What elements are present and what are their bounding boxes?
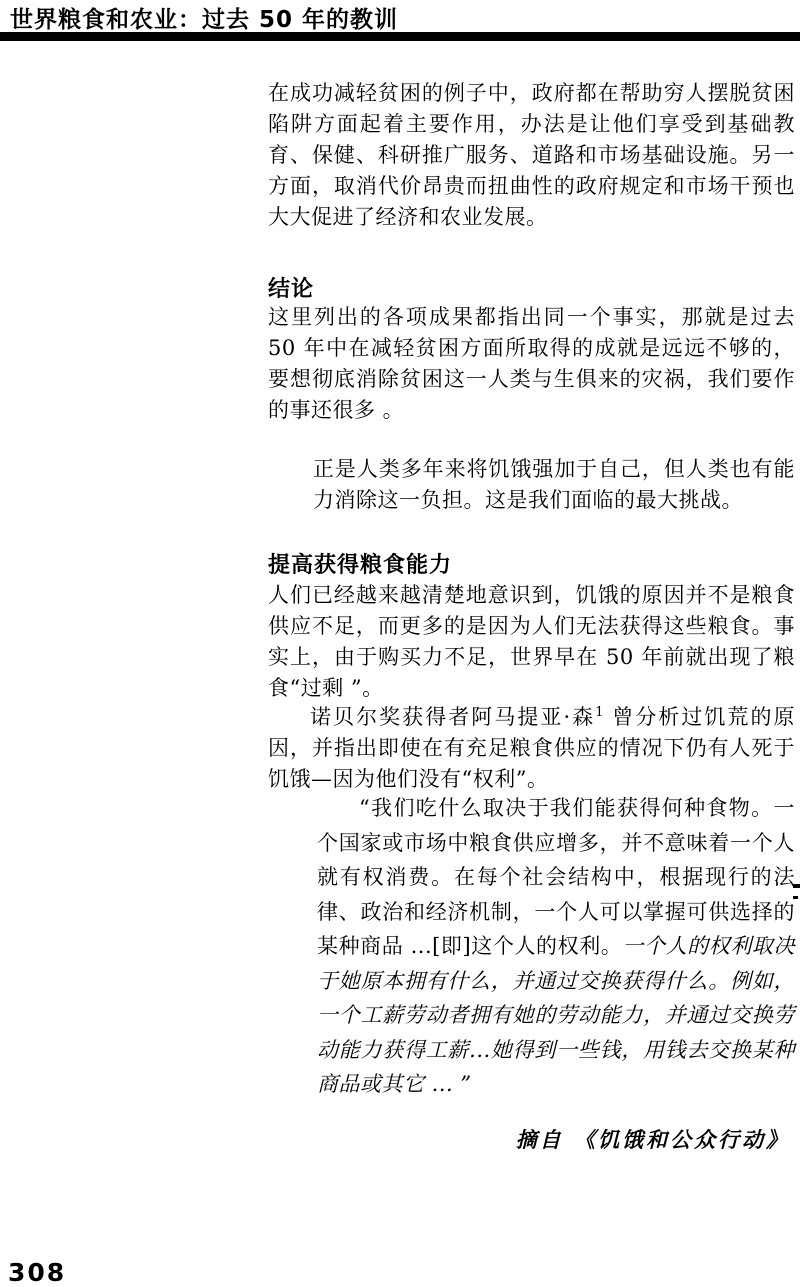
quote-attribution: 摘自 《饥饿和公众行动》 <box>268 1124 790 1154</box>
paragraph-intro: 在成功减轻贫困的例子中，政府都在帮助穷人摆脱贫困陷阱方面起着主要作用，办法是让他… <box>268 78 795 233</box>
entitlement-quote-italic: 一个人的权利取决于她原本拥有什么，并通过交换获得什么。例如，一个工薪劳动者拥有她… <box>317 934 795 1096</box>
paragraph-food-access: 人们已经越来越清楚地意识到，饥饿的原因并不是粮食供应不足，而更多的是因为人们无法… <box>268 580 795 704</box>
blockquote-entitlement: “我们吃什么取决于我们能获得何种食物。一个国家或市场中粮食供应增多，并不意味着一… <box>317 791 795 1102</box>
paragraph-conclusion: 这里列出的各项成果都指出同一个事实，那就是过去 50 年中在减轻贫困方面所取得的… <box>268 302 795 426</box>
scan-edge-artifact <box>793 884 800 888</box>
blockquote-hunger-challenge: 正是人类多年来将饥饿强加于自己，但人类也有能力消除这一负担。这是我们面临的最大挑… <box>313 454 795 516</box>
scan-edge-artifact <box>793 896 798 899</box>
running-header-title: 世界粮食和农业：过去 50 年的教训 <box>10 1 398 34</box>
section-heading-food-access: 提高获得粮食能力 <box>268 548 452 579</box>
paragraph-amartya-sen: 诺贝尔奖获得者阿马提亚·森1 曾分析过饥荒的原因，并指出即使在有充足粮食供应的情… <box>268 702 795 795</box>
page-number: 308 <box>8 1258 66 1287</box>
sen-text-before-footnote: 诺贝尔奖获得者阿马提亚·森 <box>310 705 595 729</box>
section-heading-conclusion: 结论 <box>268 272 314 303</box>
header-rule <box>0 32 800 41</box>
document-page: 世界粮食和农业：过去 50 年的教训 在成功减轻贫困的例子中，政府都在帮助穷人摆… <box>0 0 800 1287</box>
